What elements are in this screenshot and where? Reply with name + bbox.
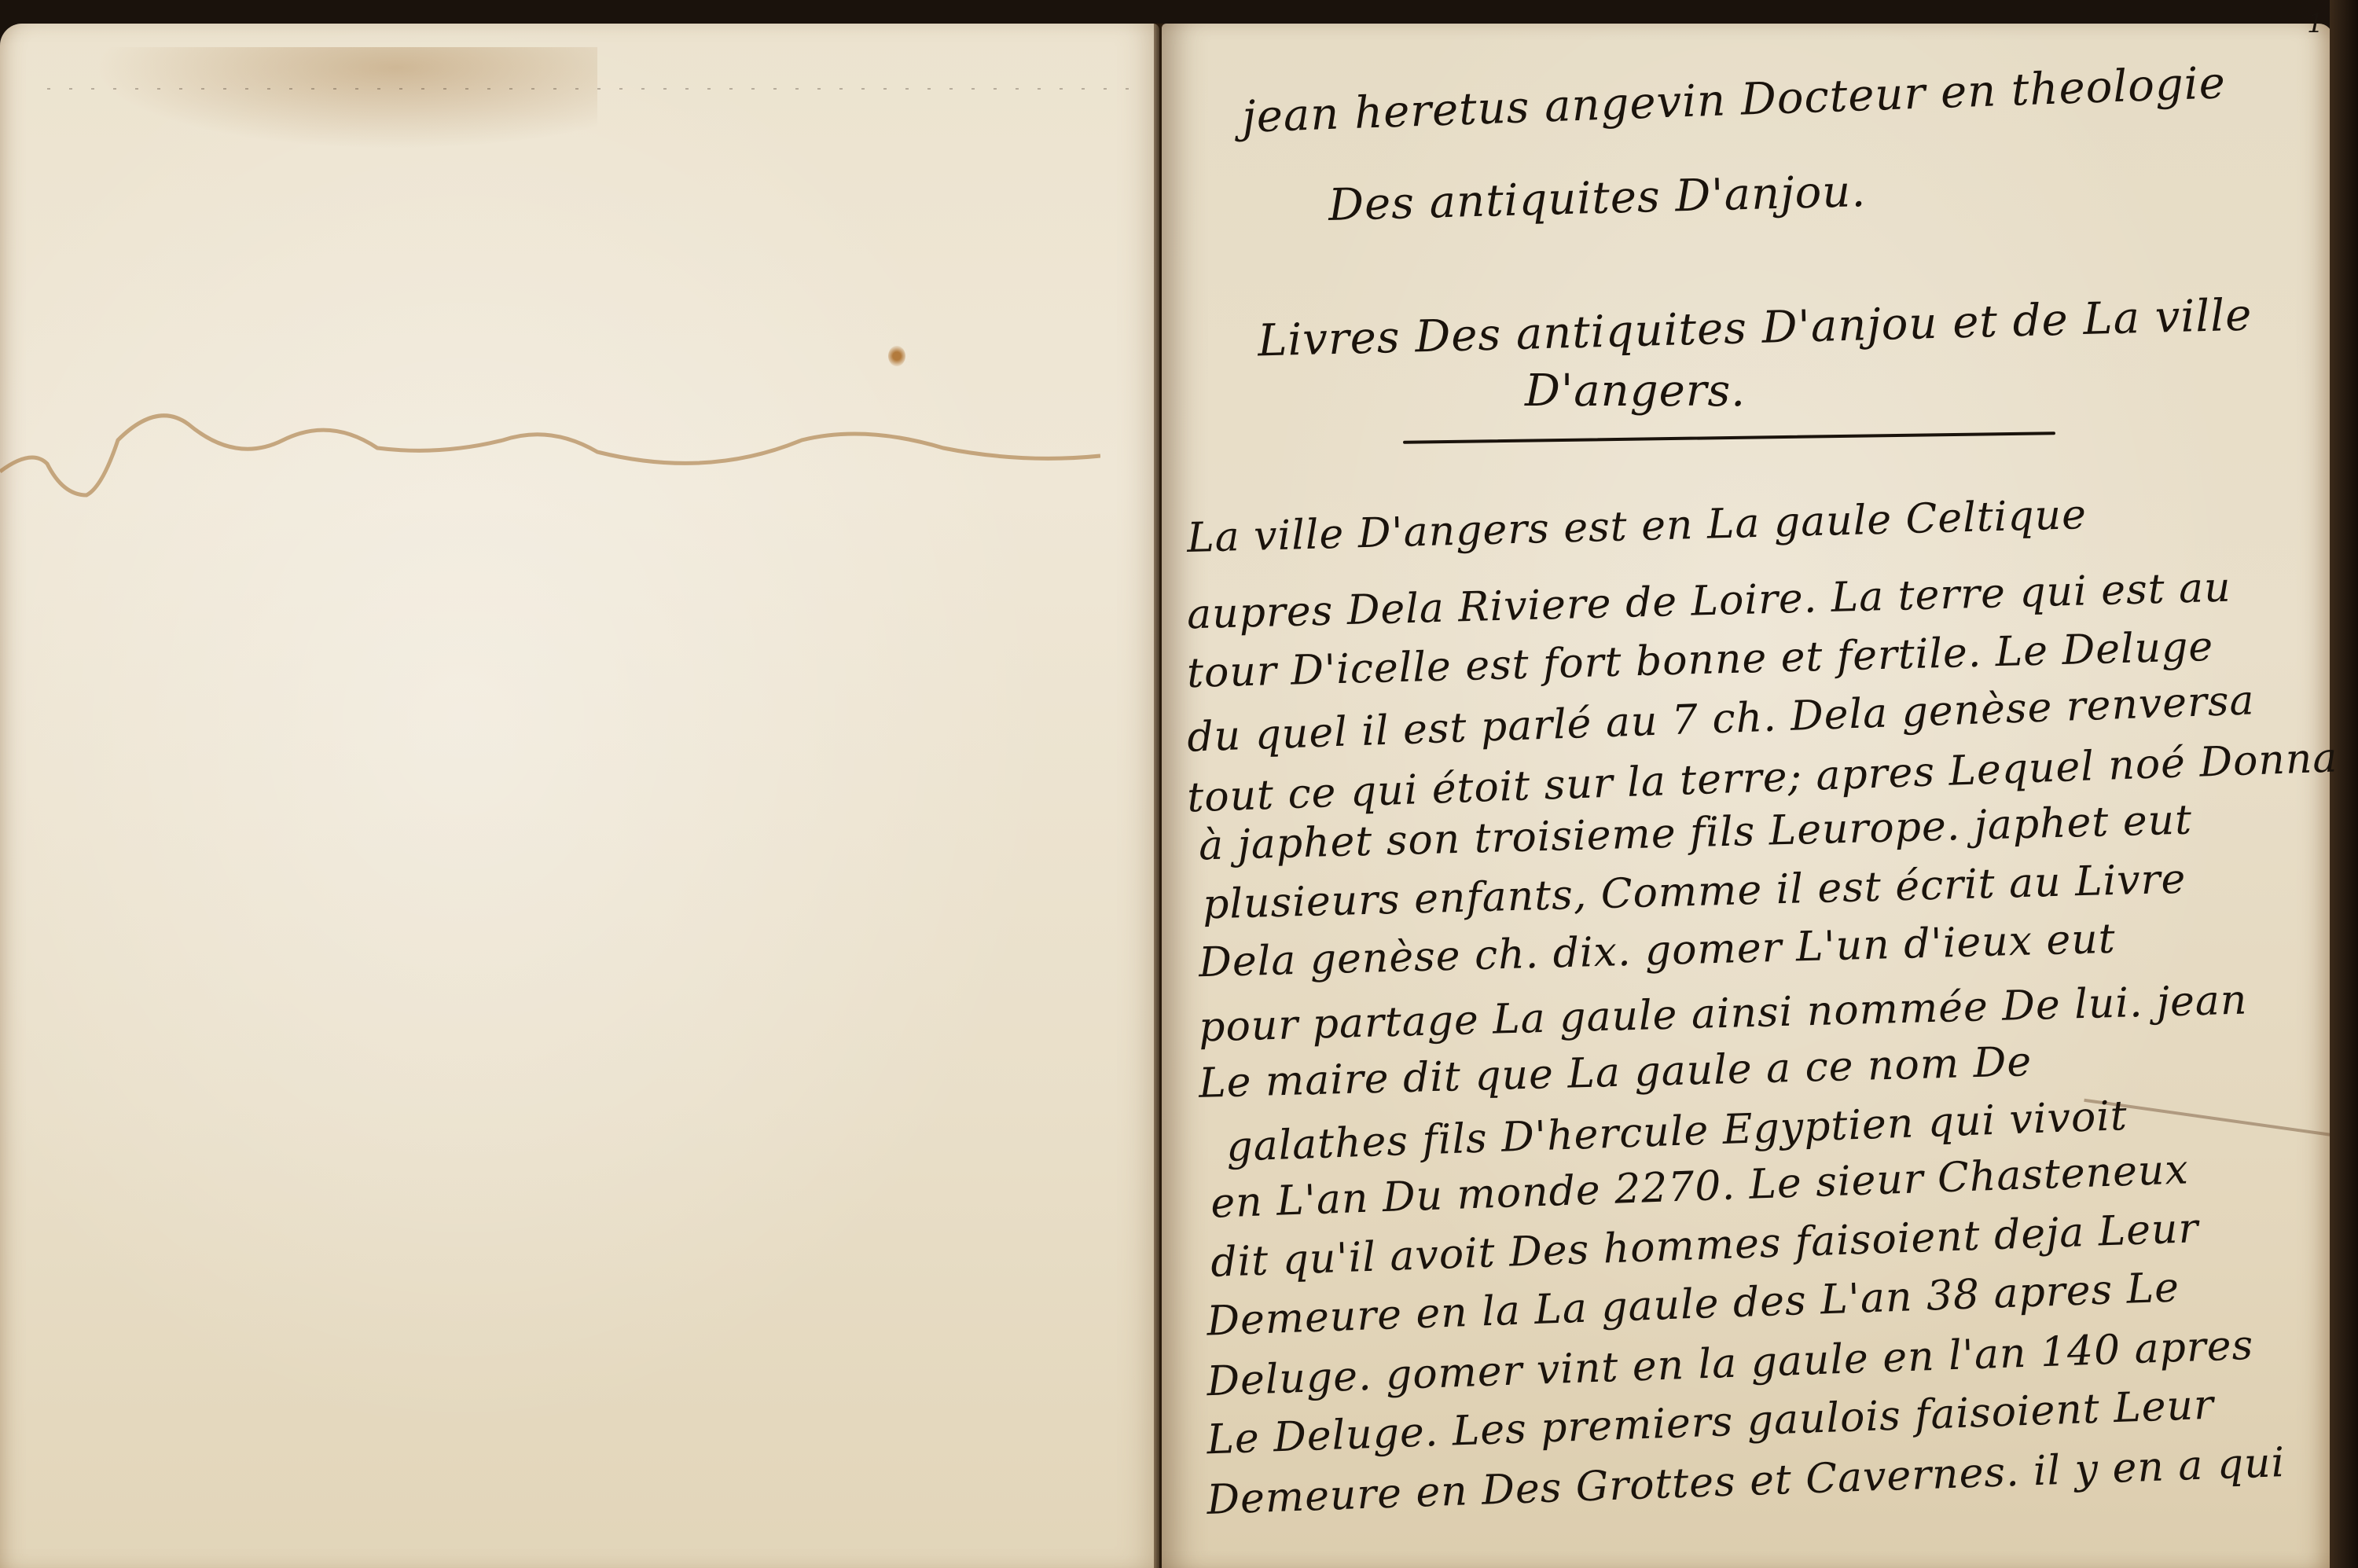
book-edge bbox=[2330, 0, 2358, 1568]
folio-number: 1 bbox=[2307, 8, 2324, 39]
heading-line-title-end: D'angers. bbox=[1525, 365, 1746, 417]
manuscript-spread: 1 jean heretus angevin Docteur en theolo… bbox=[0, 0, 2358, 1568]
foxing-spot bbox=[888, 346, 905, 366]
water-stain-top bbox=[94, 47, 597, 149]
left-page-blank bbox=[0, 24, 1159, 1568]
water-stain-tide-line bbox=[0, 393, 1100, 503]
dotted-impression bbox=[47, 88, 1148, 90]
